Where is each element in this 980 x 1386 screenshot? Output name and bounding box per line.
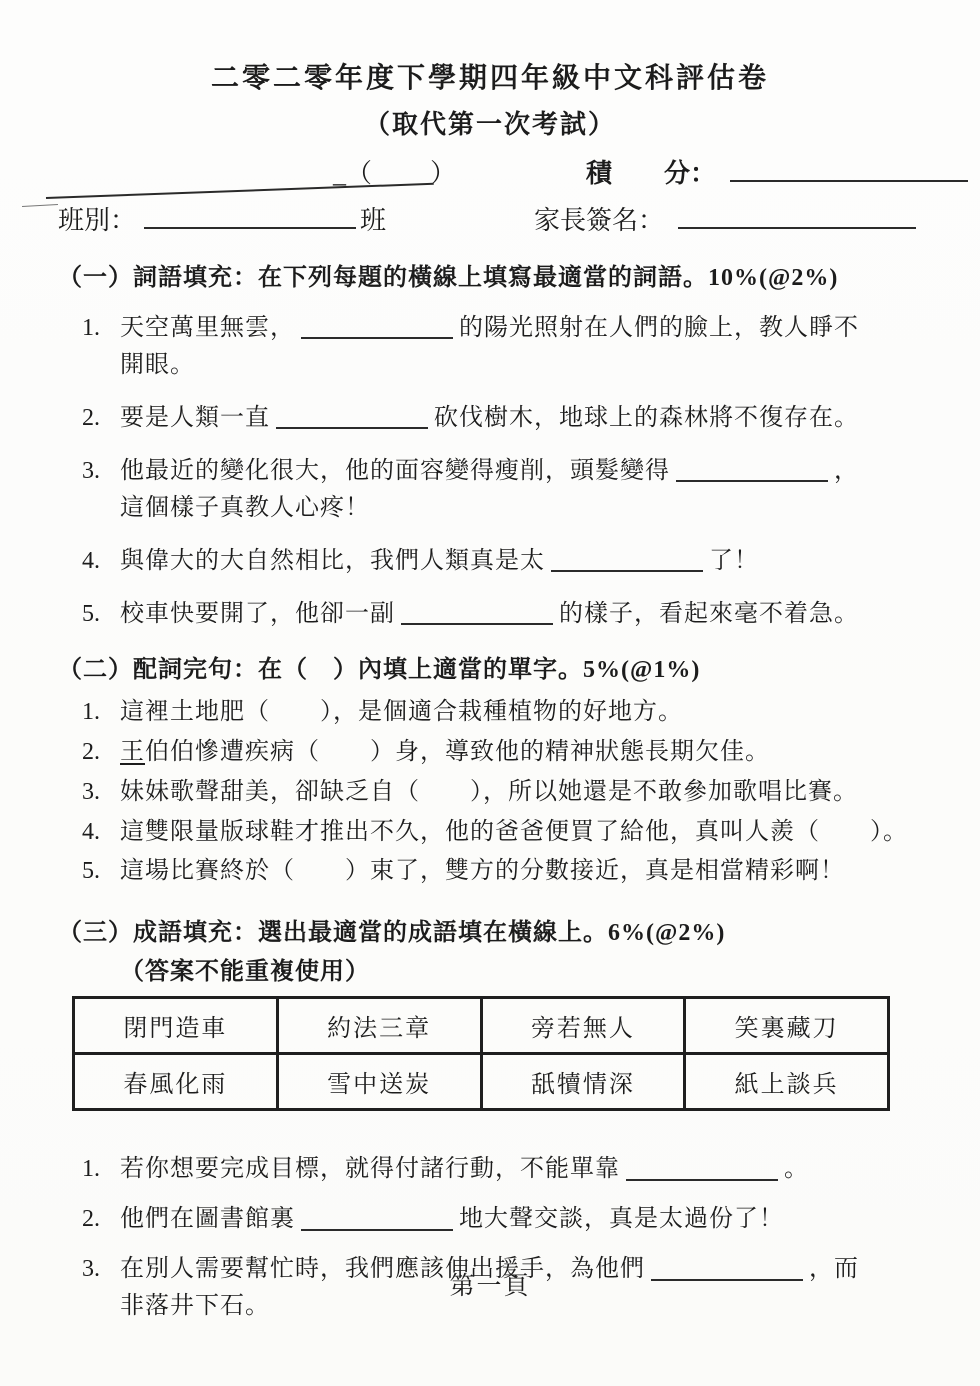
question-number: 1. [58,310,120,384]
section-heading: （一）詞語填充：在下列每題的橫線上填寫最適當的詞語。10%(@2%) [58,257,936,292]
page-subtitle: （取代第一次考試） [0,104,980,141]
idiom-cell: 旁若無人 [481,998,685,1054]
question-segment: 若你想要完成目標，就得付諸行動，不能單靠 [120,1156,620,1182]
guardian-blank-line [678,204,916,229]
question-segment: 。 [784,1156,809,1182]
section-s2: （二）配詞完句：在（ ）內填上適當的單字。5%(@1%)1.這裡土地肥（ ），是… [58,649,936,891]
idiom-table: 閉門造車約法三章旁若無人笑裏藏刀春風化雨雪中送炭舐犢情深紙上談兵 [72,996,890,1111]
question-item: 3.妹妹歌聲甜美，卻缺乏自（ ），所以她還是不敢參加歌唱比賽。 [58,774,936,811]
section-heading: （三）成語填充：選出最適當的成語填在橫線上。6%(@2%) [58,912,936,947]
question-text: 這裡土地肥（ ），是個適合栽種植物的好地方。 [120,694,936,731]
question-text: 這場比賽終於（ ）束了，雙方的分數接近，真是相當精彩啊！ [120,853,936,890]
question-segment: 這雙限量版球鞋才推出不久，他的爸爸便買了給他，真叫人羨（ ）。 [120,819,908,845]
class-underscore: _ [333,159,346,189]
blank-line [401,602,553,625]
question-text: 他最近的變化很大，他的面容變得瘦削，頭髮變得，這個樣子真教人心疼！ [120,453,936,527]
idiom-cell: 紙上談兵 [685,1054,889,1110]
question-segment: 開眼。 [120,352,195,378]
question-segment: 他們在圖書館裏 [120,1206,295,1232]
question-number: 3. [58,453,120,527]
section-heading: （二）配詞完句：在（ ）內填上適當的單字。5%(@1%) [58,649,936,684]
page-title: 二零二零年度下學期四年級中文科評估卷 [0,0,980,96]
question-segment: 砍伐樹木，地球上的森林將不復存在。 [434,405,859,431]
question-segment: 天空萬里無雲， [120,315,295,341]
question-segment: 的陽光照射在人們的臉上，教人睜不 [459,315,859,341]
question-segment: 校車快要開了，他卻一副 [120,601,395,627]
idiom-table-row: 閉門造車約法三章旁若無人笑裏藏刀 [74,998,889,1054]
score-blank-line [730,157,968,182]
section-s3: （三）成語填充：選出最適當的成語填在橫線上。6%(@2%)（答案不能重複使用）閉… [58,912,936,1325]
question-text: 他們在圖書館裏地大聲交談，真是太過份了！ [120,1201,936,1238]
question-number: 4. [58,814,120,851]
exam-paper-page: 二零二零年度下學期四年級中文科評估卷 （取代第一次考試） _（ ） 積 分： 班… [0,0,980,1386]
question-segment: 這場比賽終於（ ）束了，雙方的分數接近，真是相當精彩啊！ [120,858,845,884]
section-subheading: （答案不能重複使用） [58,951,936,986]
question-segment: 王 [120,739,145,765]
idiom-cell: 春風化雨 [74,1054,278,1110]
question-segment: 他最近的變化很大，他的面容變得瘦削，頭髮變得 [120,458,670,484]
question-number: 3. [58,774,120,811]
question-segment: 地大聲交談，真是太過份了！ [459,1206,784,1232]
idiom-cell: 笑裏藏刀 [685,998,889,1054]
blank-line [551,549,703,572]
question-number: 5. [58,596,120,633]
question-item: 1.這裡土地肥（ ），是個適合栽種植物的好地方。 [58,694,936,731]
guardian-sign-label: 家長簽名： [534,200,664,237]
question-segment: 妹妹歌聲甜美，卻缺乏自（ ），所以她還是不敢參加歌唱比賽。 [120,779,858,805]
sections: （一）詞語填充：在下列每題的橫線上填寫最適當的詞語。10%(@2%)1.天空萬里… [0,257,980,1325]
question-item: 1.天空萬里無雲，的陽光照射在人們的臉上，教人睜不開眼。 [58,310,936,384]
question-item: 4.這雙限量版球鞋才推出不久，他的爸爸便買了給他，真叫人羨（ ）。 [58,814,936,851]
question-number: 2. [58,400,120,437]
question-item: 5.這場比賽終於（ ）束了，雙方的分數接近，真是相當精彩啊！ [58,853,936,890]
blank-line [626,1158,778,1181]
question-number: 2. [58,1201,120,1238]
score-label: 積 分： [586,153,716,190]
blank-line [301,317,453,340]
class-blank-line [144,204,356,229]
question-segment: 與偉大的大自然相比，我們人類真是太 [120,548,545,574]
question-text: 這雙限量版球鞋才推出不久，他的爸爸便買了給他，真叫人羨（ ）。 [120,814,936,851]
question-text: 妹妹歌聲甜美，卻缺乏自（ ），所以她還是不敢參加歌唱比賽。 [120,774,936,811]
question-text: 天空萬里無雲，的陽光照射在人們的臉上，教人睜不開眼。 [120,310,936,384]
page-footer: 第一頁 [0,1266,980,1302]
question-item: 2.王伯伯慘遭疾病（ ）身，導致他的精神狀態長期欠佳。 [58,734,936,771]
idiom-cell: 閉門造車 [74,998,278,1054]
question-item: 2.他們在圖書館裏地大聲交談，真是太過份了！ [58,1201,936,1238]
question-item: 2.要是人類一直砍伐樹木，地球上的森林將不復存在。 [58,400,936,437]
question-number: 1. [58,694,120,731]
idiom-cell: 雪中送炭 [277,1054,481,1110]
class-label: 班別： [58,200,136,237]
idiom-cell: 舐犢情深 [481,1054,685,1110]
blank-line [301,1208,453,1231]
header-class-score-row: _（ ） 積 分： [0,153,980,190]
question-segment: 這裡土地肥（ ），是個適合栽種植物的好地方。 [120,699,683,725]
question-segment: 了！ [709,548,759,574]
question-text: 若你想要完成目標，就得付諸行動，不能單靠。 [120,1151,936,1188]
question-segment: 伯伯慘遭疾病（ ）身，導致他的精神狀態長期欠佳。 [145,739,770,765]
question-number: 1. [58,1151,120,1188]
header-name-row: 班別： 班 家長簽名： [0,200,980,237]
question-segment: 要是人類一直 [120,405,270,431]
idiom-cell: 約法三章 [277,998,481,1054]
question-text: 王伯伯慘遭疾病（ ）身，導致他的精神狀態長期欠佳。 [120,734,936,771]
blank-line [276,406,428,429]
question-item: 4.與偉大的大自然相比，我們人類真是太了！ [58,543,936,580]
question-number: 4. [58,543,120,580]
question-text: 校車快要開了，他卻一副的樣子，看起來毫不着急。 [120,596,936,633]
question-text: 要是人類一直砍伐樹木，地球上的森林將不復存在。 [120,400,936,437]
question-number: 2. [58,734,120,771]
question-item: 3.他最近的變化很大，他的面容變得瘦削，頭髮變得，這個樣子真教人心疼！ [58,453,936,527]
question-segment: 的樣子，看起來毫不着急。 [559,601,859,627]
question-number: 5. [58,853,120,890]
idiom-table-row: 春風化雨雪中送炭舐犢情深紙上談兵 [74,1054,889,1110]
question-segment: 這個樣子真教人心疼！ [120,495,370,521]
question-segment: ， [834,458,859,484]
question-item: 1.若你想要完成目標，就得付諸行動，不能單靠。 [58,1151,936,1188]
class-unit-label: 班 [360,200,386,237]
question-item: 5.校車快要開了，他卻一副的樣子，看起來毫不着急。 [58,596,936,633]
blank-line [676,459,828,482]
section-s1: （一）詞語填充：在下列每題的橫線上填寫最適當的詞語。10%(@2%)1.天空萬里… [58,257,936,633]
question-text: 與偉大的大自然相比，我們人類真是太了！ [120,543,936,580]
